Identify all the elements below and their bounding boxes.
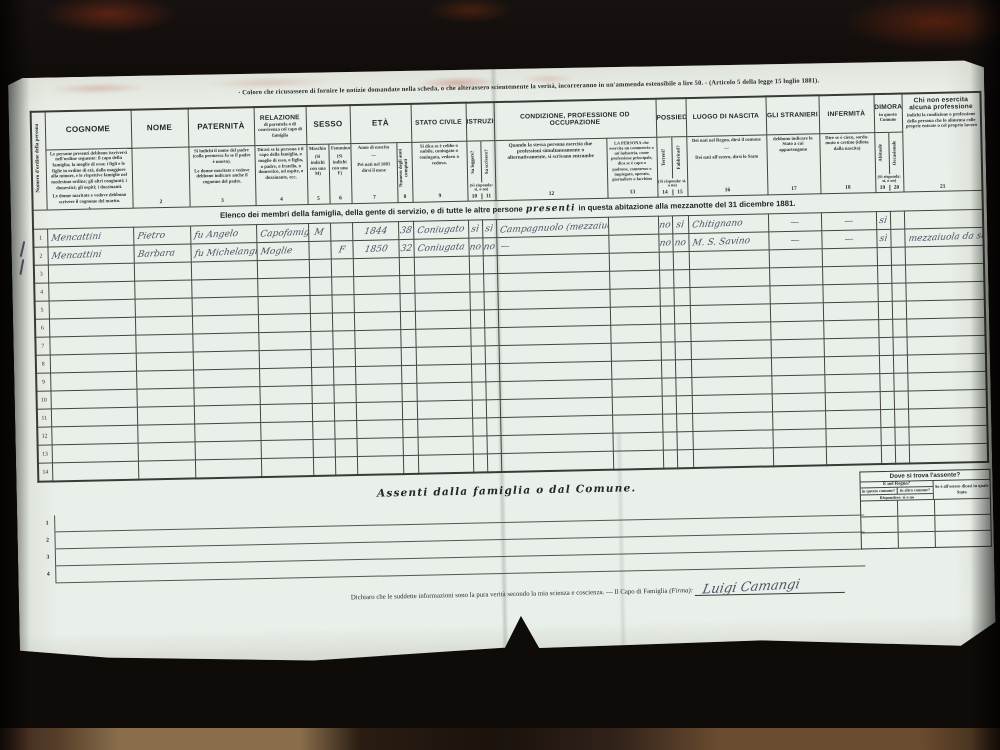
cell-terreni xyxy=(661,378,675,396)
col-dimora-title: DIMORA in questo Comune xyxy=(873,94,902,133)
cell-stranieri xyxy=(769,267,822,286)
cell-terreni xyxy=(660,306,674,324)
cell-relazione xyxy=(260,403,312,422)
cell-anno xyxy=(354,330,400,349)
cell-anno xyxy=(355,348,401,367)
cell-anni xyxy=(401,347,416,365)
cell-cognome: Mencattini xyxy=(47,227,133,247)
row-number: 14 xyxy=(38,463,52,482)
cell-chi xyxy=(907,371,986,391)
cell-terreni xyxy=(662,432,676,450)
row-number: 11 xyxy=(37,409,51,427)
cell-persona xyxy=(612,432,662,451)
cell-persona xyxy=(608,216,658,235)
absent-location-box: Dove si trova l'assente? È nel Regno? in… xyxy=(859,469,992,550)
handwritten-entry: sì xyxy=(879,235,888,244)
handwritten-entry: 32 xyxy=(400,245,413,255)
col-chi-non-esercita: Chi non esercita alcuna professione indi… xyxy=(901,92,982,192)
cell-legge xyxy=(471,364,485,382)
cell-prof xyxy=(499,343,611,363)
cell-f xyxy=(333,349,355,367)
cell-chi xyxy=(908,425,987,445)
cell-chi xyxy=(909,443,988,463)
cell-stato: Coniugata xyxy=(413,238,468,257)
cell-nome: Pietro xyxy=(133,226,190,245)
cell-occasionale xyxy=(893,373,907,391)
row-number: 3 xyxy=(34,265,48,283)
cell-occasionale xyxy=(893,355,907,373)
cell-persona xyxy=(608,234,658,253)
cell-abituale xyxy=(880,427,894,445)
cell-scrive xyxy=(483,274,497,292)
handwritten-entry: Pietro xyxy=(136,232,165,242)
col-anni-compiuti: Numero degli anni compiuti8 xyxy=(396,142,412,203)
cell-chi xyxy=(908,389,987,409)
cell-cognome xyxy=(51,407,137,427)
cell-chi xyxy=(905,263,984,283)
cell-luogo xyxy=(690,322,770,342)
main-rows: 1MencattiniPietrofu AngeloCapofamigliaM1… xyxy=(33,209,988,481)
handwritten-entry: 1850 xyxy=(363,245,388,255)
cell-m xyxy=(311,349,333,367)
cell-anni xyxy=(399,275,414,293)
cell-stranieri xyxy=(769,285,822,304)
cell-fabbricati xyxy=(673,288,689,306)
cell-nome xyxy=(136,370,193,389)
handwritten-entry: sì xyxy=(879,217,888,226)
cell-stato xyxy=(416,382,471,401)
cell-f xyxy=(335,457,357,476)
cell-f xyxy=(332,313,354,331)
absent-box-estero: Se è all'estero dicasi in quale Stato xyxy=(934,480,990,499)
col-condizione-title: CONDIZIONE, PROFESSIONE OD OCCUPAZIONE xyxy=(494,99,657,141)
absent-lines: 1234 xyxy=(54,498,865,583)
cell-fabbricati xyxy=(676,396,692,414)
cell-infermita xyxy=(822,248,877,267)
cell-relazione xyxy=(261,439,313,458)
cell-fabbricati xyxy=(675,378,691,396)
cell-luogo xyxy=(693,448,773,468)
handwritten-entry: F xyxy=(338,246,346,255)
cell-prof xyxy=(497,253,609,273)
cell-legge xyxy=(469,274,483,292)
cell-abituale xyxy=(881,445,895,464)
cell-anni: 38 xyxy=(398,221,413,239)
cell-stato xyxy=(418,436,473,455)
cell-persona xyxy=(609,270,659,289)
cell-scrive xyxy=(487,454,501,473)
cell-f xyxy=(331,259,353,277)
cell-relazione xyxy=(261,457,313,477)
cell-luogo xyxy=(692,430,772,450)
cell-m xyxy=(309,277,331,295)
cell-luogo xyxy=(692,394,772,414)
cell-anno xyxy=(353,258,399,277)
cell-luogo: Chitignano xyxy=(688,214,768,234)
col-paternita-title: PATERNITÀ xyxy=(188,107,255,147)
cell-nome: Barbara xyxy=(133,244,190,263)
cell-stato xyxy=(417,418,472,437)
handwritten-entry: fu Michelangiolo xyxy=(193,247,257,259)
col-infermita-title: INFERMITÀ xyxy=(818,94,874,133)
row-number: 8 xyxy=(36,355,50,373)
cell-stato xyxy=(414,274,469,293)
cell-paternita: fu Michelangiolo xyxy=(190,243,256,262)
cell-infermita xyxy=(824,356,879,375)
cell-paternita xyxy=(195,441,261,460)
cell-anno xyxy=(353,276,399,295)
cell-prof: — xyxy=(496,235,608,255)
cell-scrive: no xyxy=(482,238,496,256)
handwritten-entry: — xyxy=(499,243,510,252)
cell-legge xyxy=(471,346,485,364)
cell-fabbricati xyxy=(673,252,689,270)
cell-anni xyxy=(400,329,415,347)
cell-prof xyxy=(499,379,611,399)
cell-scrive xyxy=(487,436,501,454)
cell-paternita xyxy=(191,261,257,280)
cell-stranieri: — xyxy=(768,231,821,250)
cell-legge xyxy=(472,400,486,418)
cell-relazione xyxy=(258,296,310,315)
cell-f xyxy=(330,223,352,241)
cell-m xyxy=(311,385,333,403)
handwritten-entry: — xyxy=(789,219,800,228)
cell-fabbricati: no xyxy=(672,234,688,252)
col-due-professioni: Quando la stessa persona esercita due pr… xyxy=(494,138,607,201)
cell-abituale xyxy=(879,337,893,355)
col-eta-title: ETÀ xyxy=(350,104,412,144)
cell-stranieri xyxy=(770,321,823,340)
cell-fabbricati xyxy=(675,360,691,378)
cell-nome xyxy=(135,316,192,335)
cell-anni xyxy=(403,455,418,474)
handwritten-entry: Barbara xyxy=(136,249,175,260)
cell-legge: sì xyxy=(468,220,482,238)
cell-stato xyxy=(414,256,469,275)
cell-stato: Coniugato xyxy=(413,220,468,239)
cell-occasionale xyxy=(891,283,905,301)
signature-line: Luigi Camangi xyxy=(695,582,845,596)
cell-nome xyxy=(137,424,194,443)
cell-stato xyxy=(416,364,471,383)
handwritten-entry: M. S. Savino xyxy=(691,237,750,248)
cell-chi xyxy=(907,335,986,355)
absent-box-regno-group: È nel Regno? in questo comune? in altro … xyxy=(861,481,934,500)
cell-m xyxy=(308,241,330,259)
cell-m xyxy=(310,295,332,313)
row-number: 7 xyxy=(35,337,49,355)
absent-row-number: 1 xyxy=(41,520,53,526)
handwritten-entry: Campagnuolo (mezzaiuolo) da sè xyxy=(499,220,609,235)
cell-occasionale xyxy=(892,301,906,319)
cell-nome xyxy=(136,352,193,371)
row-number: 10 xyxy=(36,391,50,409)
cell-nome xyxy=(138,460,195,480)
col-nome-desc: 2 xyxy=(131,147,189,208)
cell-anni xyxy=(401,365,416,383)
handwritten-entry: — xyxy=(844,236,855,245)
cell-anni xyxy=(399,257,414,275)
cell-f xyxy=(334,403,356,421)
absent-row-number: 3 xyxy=(42,554,54,560)
cell-cognome xyxy=(50,353,136,373)
cell-anni xyxy=(403,437,418,455)
cell-nome xyxy=(138,442,195,461)
handwritten-entry: — xyxy=(843,218,854,227)
cell-abituale xyxy=(879,355,893,373)
handwritten-entry: no xyxy=(469,243,482,253)
cell-f xyxy=(332,331,354,349)
cell-stranieri xyxy=(772,411,825,430)
cell-relazione: Moglie xyxy=(256,242,308,261)
scanner-background-bottom xyxy=(0,728,1000,750)
cell-scrive xyxy=(485,382,499,400)
cell-m xyxy=(312,403,334,421)
cell-cognome xyxy=(50,371,136,391)
cell-cognome xyxy=(49,335,135,355)
cell-paternita: fu Angelo xyxy=(190,225,256,244)
cell-f xyxy=(335,439,357,457)
cell-cognome xyxy=(52,443,138,463)
cell-prof xyxy=(500,415,612,435)
cell-cognome xyxy=(49,317,135,337)
head-of-family-signature: Luigi Camangi xyxy=(701,577,801,599)
cell-stranieri xyxy=(771,375,824,394)
cell-infermita xyxy=(822,266,877,285)
cell-m xyxy=(310,331,332,349)
cell-persona xyxy=(609,288,659,307)
cell-stranieri xyxy=(772,393,825,412)
cell-occasionale xyxy=(891,247,905,265)
col-istruzione-title: ISTRUZIONE xyxy=(466,102,495,141)
cell-abituale xyxy=(877,265,891,283)
cell-chi xyxy=(908,407,987,427)
cell-anno xyxy=(354,294,400,313)
cell-stranieri xyxy=(772,429,825,448)
cell-relazione: Capofamiglia xyxy=(256,224,308,243)
cell-persona xyxy=(610,324,660,343)
cell-stranieri: — xyxy=(768,213,821,232)
cell-stato xyxy=(416,346,471,365)
handwritten-entry: 38 xyxy=(399,227,412,237)
cell-occasionale xyxy=(894,409,908,427)
cell-abituale: sì xyxy=(876,211,890,229)
row-number: 2 xyxy=(33,247,47,265)
cell-legge xyxy=(472,418,486,436)
cell-luogo xyxy=(689,286,769,306)
cell-occasionale xyxy=(892,319,906,337)
cell-occasionale xyxy=(894,391,908,409)
cell-legge xyxy=(470,292,484,310)
cell-chi xyxy=(907,353,986,373)
cell-nome xyxy=(134,280,191,299)
cell-cognome xyxy=(49,299,135,319)
cell-paternita xyxy=(194,405,260,424)
handwritten-entry: no xyxy=(483,243,496,253)
cell-luogo xyxy=(692,412,772,432)
cell-stranieri xyxy=(769,249,822,268)
cell-fabbricati: sì xyxy=(672,216,688,234)
col-possiede-pair: Terreni? Fabbricati? (Si risponda: sì, o… xyxy=(656,136,687,197)
cell-stranieri xyxy=(771,339,824,358)
cell-scrive xyxy=(485,346,499,364)
cell-anni xyxy=(401,383,416,401)
cell-infermita xyxy=(823,302,878,321)
cell-relazione xyxy=(259,368,311,387)
cell-anni xyxy=(400,311,415,329)
handwritten-entry: Chitignano xyxy=(691,219,743,230)
cell-scrive: sì xyxy=(482,220,496,238)
cell-m xyxy=(313,439,335,457)
cell-relazione xyxy=(257,260,309,279)
col-stato-civile-title: STATO CIVILE xyxy=(411,103,467,142)
cell-fabbricati xyxy=(676,414,692,432)
cell-anni xyxy=(402,419,417,437)
cell-prof xyxy=(501,433,613,453)
cell-fabbricati xyxy=(674,306,690,324)
cell-anno xyxy=(357,456,403,475)
col-sesso-title: SESSO xyxy=(306,105,351,144)
cell-terreni xyxy=(662,414,676,432)
cell-prof xyxy=(498,307,610,327)
cell-persona xyxy=(612,396,662,415)
cell-terreni xyxy=(662,396,676,414)
handwritten-entry: Coniugata xyxy=(417,243,466,254)
cell-stato xyxy=(418,454,473,474)
cell-paternita xyxy=(193,351,259,370)
cell-m xyxy=(311,367,333,385)
cell-relazione xyxy=(259,350,311,369)
cell-paternita xyxy=(192,297,258,316)
cell-prof xyxy=(501,451,613,472)
cell-infermita xyxy=(825,410,880,429)
cell-cognome: Mencattini xyxy=(47,245,133,265)
col-luogo-nascita-title: LUOGO DI NASCITA xyxy=(686,96,767,136)
cell-anno xyxy=(357,438,403,457)
cell-anni xyxy=(400,293,415,311)
cell-terreni xyxy=(661,360,675,378)
cell-infermita xyxy=(825,392,880,411)
census-sheet: · Coloro che ricusassero di fornire le n… xyxy=(8,58,996,670)
col-cognome-title: COGNOME xyxy=(45,110,132,150)
row-number: 12 xyxy=(37,427,51,445)
cell-abituale xyxy=(877,283,891,301)
cell-infermita: — xyxy=(821,212,876,231)
cell-luogo xyxy=(691,340,771,360)
col-infermita-desc: Dire se è cieco, sordo-muto o cretino (i… xyxy=(819,132,875,193)
cell-terreni: no xyxy=(658,216,672,234)
col-relazione-desc: Dicasi se la persona è il capo della fam… xyxy=(254,144,307,205)
cell-infermita xyxy=(823,320,878,339)
cell-occasionale xyxy=(893,337,907,355)
cell-occasionale xyxy=(891,265,905,283)
handwritten-entry: no xyxy=(659,221,672,231)
cell-occasionale xyxy=(890,229,904,247)
cell-f xyxy=(333,385,355,403)
cell-stranieri xyxy=(773,447,826,467)
cell-persona xyxy=(610,306,660,325)
col-nome-title: NOME xyxy=(131,109,189,148)
handwritten-entry: sì xyxy=(676,221,685,230)
cell-anni xyxy=(402,401,417,419)
cell-chi xyxy=(905,245,984,265)
cell-anno xyxy=(355,366,401,385)
cell-abituale xyxy=(880,409,894,427)
cell-chi xyxy=(906,299,985,319)
cell-relazione xyxy=(257,278,309,297)
cell-anno xyxy=(356,420,402,439)
handwritten-entry: Mencattini xyxy=(50,233,101,244)
cell-anno xyxy=(354,312,400,331)
cell-abituale: sì xyxy=(876,229,890,247)
cell-f xyxy=(333,367,355,385)
cell-stranieri xyxy=(771,357,824,376)
cell-cognome xyxy=(48,263,134,283)
cell-cognome xyxy=(52,461,138,481)
cell-scrive xyxy=(485,364,499,382)
cell-persona xyxy=(611,360,661,379)
cell-paternita xyxy=(192,315,258,334)
row-number: 1 xyxy=(33,229,47,247)
cell-nome xyxy=(134,262,191,281)
col-relazione-title: RELAZIONE di parentela o di convivenza c… xyxy=(254,106,307,145)
cell-terreni xyxy=(659,288,673,306)
col-dimora-pair: Abituale Occasionale (Si risponda: sì, o… xyxy=(874,132,903,193)
cell-paternita xyxy=(194,423,260,442)
col-la-persona: LA PERSONA che esercita un commercio o u… xyxy=(606,137,657,198)
cell-occasionale xyxy=(894,427,908,445)
cell-abituale xyxy=(880,391,894,409)
cell-nome xyxy=(137,406,194,425)
handwritten-entry: no xyxy=(659,239,672,249)
cell-infermita xyxy=(825,428,880,447)
cell-infermita xyxy=(826,446,881,466)
cell-terreni xyxy=(663,450,677,469)
col-stranieri-title: GLI STRANIERI xyxy=(765,95,819,134)
cell-anno: 1850 xyxy=(352,240,398,259)
cell-m xyxy=(312,421,334,439)
cell-paternita xyxy=(195,459,261,479)
handwritten-entry: Mencattini xyxy=(50,251,101,262)
handwritten-entry: Capofamiglia xyxy=(259,228,309,240)
cell-anno xyxy=(356,402,402,421)
cell-luogo xyxy=(690,304,770,324)
cell-chi: mezzaiuola da sè xyxy=(904,227,983,247)
handwritten-entry: fu Angelo xyxy=(193,230,238,241)
cell-nome xyxy=(136,388,193,407)
cell-relazione xyxy=(258,332,310,351)
cell-scrive xyxy=(484,310,498,328)
cell-prof xyxy=(497,289,609,309)
cell-abituale xyxy=(879,373,893,391)
cell-legge: no xyxy=(468,238,482,256)
col-possiede-title: POSSIEDE xyxy=(656,98,687,137)
cell-terreni: no xyxy=(658,234,672,252)
cell-fabbricati xyxy=(677,450,693,469)
cell-f: F xyxy=(330,241,352,259)
cell-infermita: — xyxy=(821,230,876,249)
cell-stranieri xyxy=(770,303,823,322)
absent-row-number: 4 xyxy=(42,571,54,577)
cell-prof: Campagnuolo (mezzaiuolo) da sè xyxy=(496,217,608,237)
cell-luogo xyxy=(691,376,771,396)
cell-fabbricati xyxy=(673,270,689,288)
cell-occasionale xyxy=(890,211,904,229)
cell-legge xyxy=(470,310,484,328)
cell-stato xyxy=(415,328,470,347)
handwritten-entry: M xyxy=(314,229,325,238)
